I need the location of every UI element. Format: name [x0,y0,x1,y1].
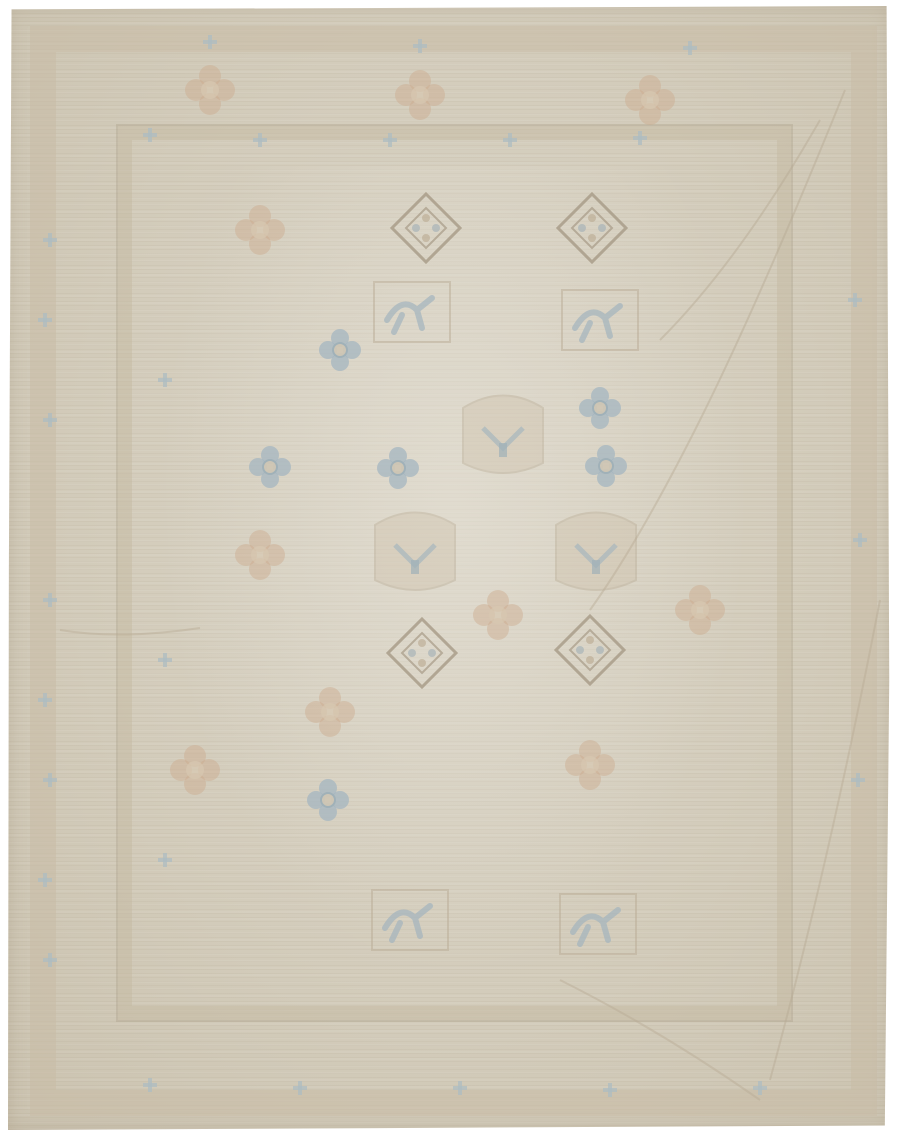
rug-pattern [0,0,897,1134]
rug-wrinkles [60,90,880,1100]
field-rosettes [170,65,725,821]
